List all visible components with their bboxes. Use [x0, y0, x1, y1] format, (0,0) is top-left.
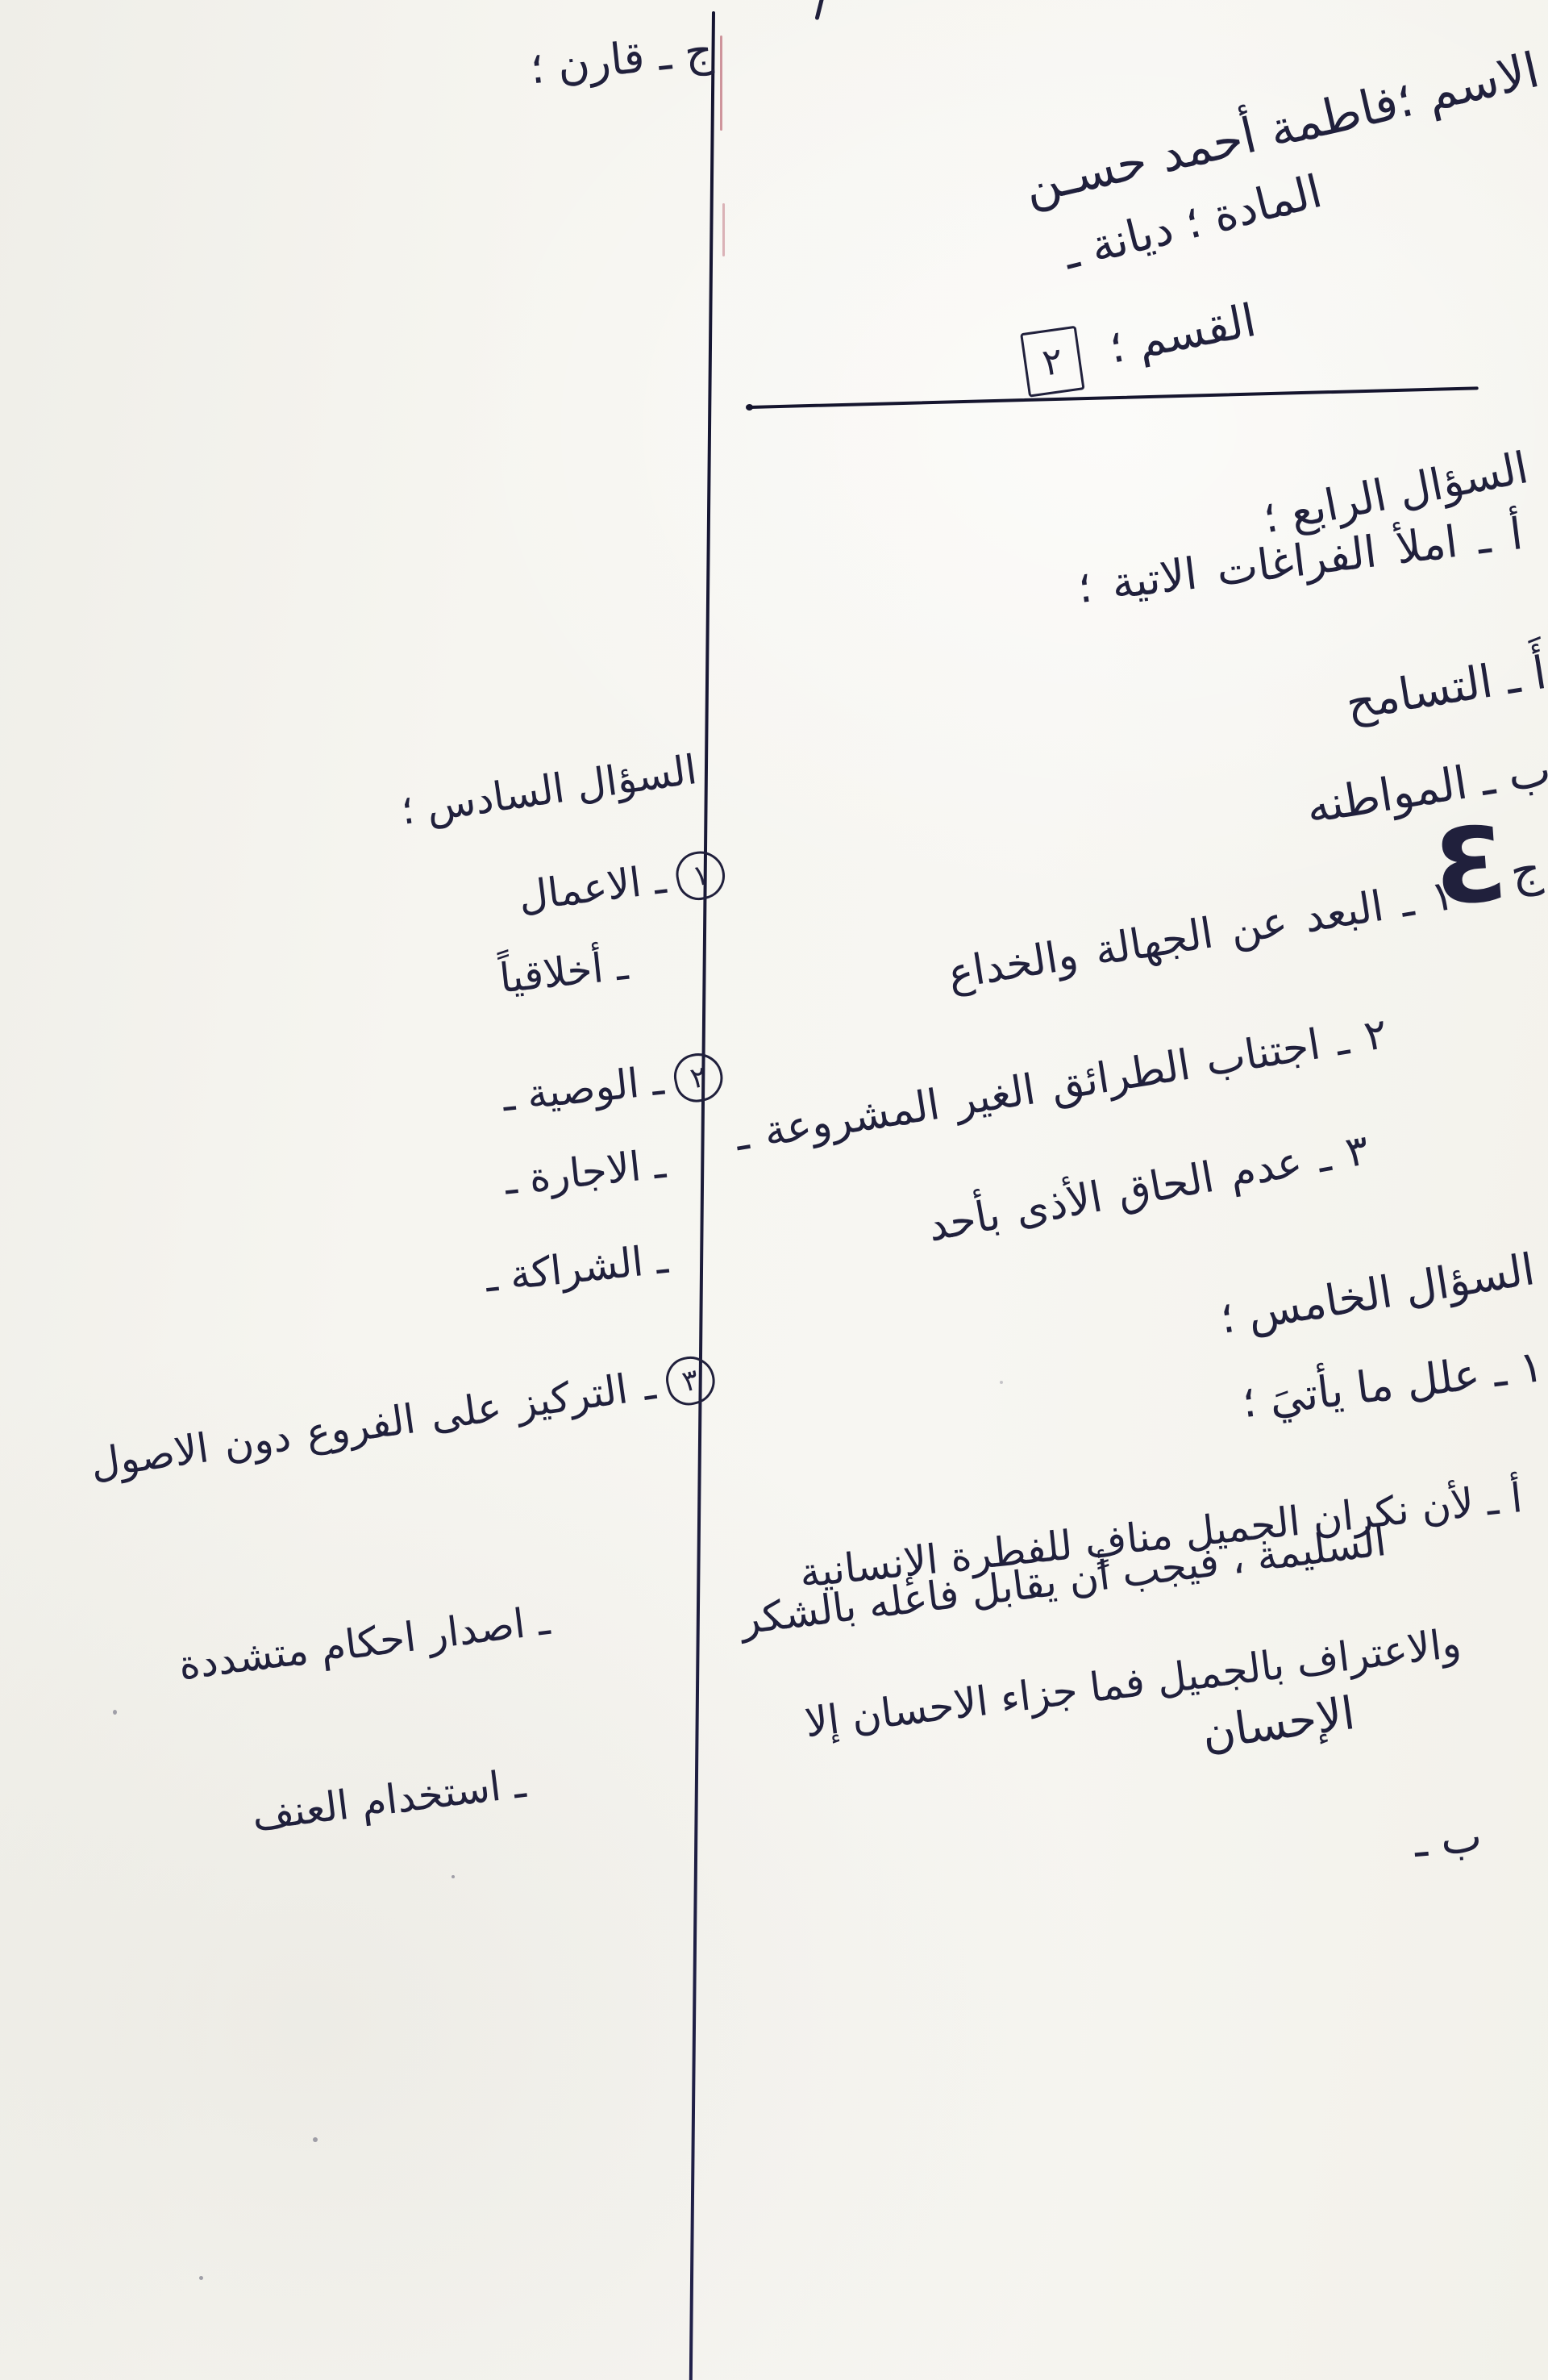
ink-speck	[113, 1710, 117, 1715]
ink-speck	[1000, 1381, 1003, 1384]
circled-number-icon: ٢	[670, 1048, 727, 1106]
scan-artifact	[722, 203, 725, 256]
scan-artifact	[720, 35, 722, 131]
ink-speck	[451, 1875, 455, 1878]
question5-part-b: ب ـ	[1412, 1811, 1483, 1867]
ink-speck	[199, 2276, 203, 2280]
ink-speck	[313, 2137, 318, 2142]
paper-background	[0, 0, 1548, 2380]
circled-number-icon: ١	[672, 846, 730, 904]
section-number-box: ٢	[1021, 326, 1085, 398]
circled-number-icon: ٣	[661, 1352, 720, 1411]
